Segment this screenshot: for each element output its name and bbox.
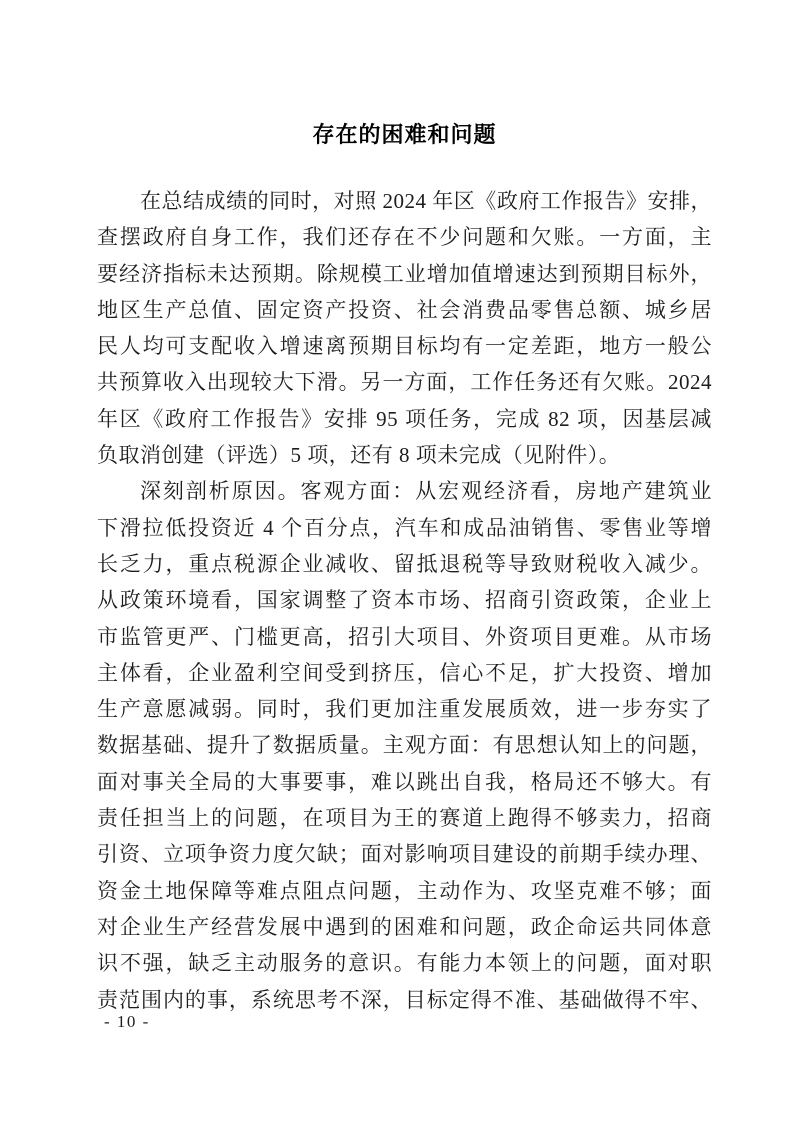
- body-line: 对企业生产经营发展中遇到的困难和问题，政企命运共同体意: [97, 909, 712, 945]
- body-line: 民人均可支配收入增速离预期目标均有一定差距，地方一般公: [97, 328, 712, 364]
- body-line: 引资、立项争资力度欠缺；面对影响项目建设的前期手续办理、: [97, 836, 712, 872]
- body-line: 面对事关全局的大事要事，难以跳出自我，格局还不够大。有: [97, 764, 712, 800]
- body-line: 主体看，企业盈利空间受到挤压，信心不足，扩大投资、增加: [97, 655, 712, 691]
- body-line: 长乏力，重点税源企业减收、留抵退税等导致财税收入减少。: [97, 546, 712, 582]
- body-line: 要经济指标未达预期。除规模工业增加值增速达到预期目标外，: [97, 256, 712, 292]
- body-line: 负取消创建（评选）5 项，还有 8 项未完成（见附件）。: [97, 437, 712, 473]
- body-line: 下滑拉低投资近 4 个百分点，汽车和成品油销售、零售业等增: [97, 510, 712, 546]
- body-line: 从政策环境看，国家调整了资本市场、招商引资政策，企业上: [97, 582, 712, 618]
- document-content: 存在的困难和问题 在总结成绩的同时，对照 2024 年区《政府工作报告》安排， …: [97, 120, 712, 1018]
- body-line: 在总结成绩的同时，对照 2024 年区《政府工作报告》安排，: [97, 183, 712, 219]
- document-title: 存在的困难和问题: [97, 120, 712, 150]
- body-line: 生产意愿减弱。同时，我们更加注重发展质效，进一步夯实了: [97, 691, 712, 727]
- body-line: 深刻剖析原因。客观方面：从宏观经济看，房地产建筑业: [97, 473, 712, 509]
- body-line: 识不强，缺乏主动服务的意识。有能力本领上的问题，面对职: [97, 945, 712, 981]
- body-line: 责范围内的事，系统思考不深，目标定得不准、基础做得不牢、: [97, 982, 712, 1018]
- body-line: 数据基础、提升了数据质量。主观方面：有思想认知上的问题，: [97, 727, 712, 763]
- body-line: 市监管更严、门槛更高，招引大项目、外资项目更难。从市场: [97, 619, 712, 655]
- page-number: - 10 -: [104, 1012, 150, 1032]
- body-line: 查摆政府自身工作，我们还存在不少问题和欠账。一方面，主: [97, 219, 712, 255]
- body-line: 地区生产总值、固定资产投资、社会消费品零售总额、城乡居: [97, 292, 712, 328]
- body-line: 年区《政府工作报告》安排 95 项任务，完成 82 项，因基层减: [97, 401, 712, 437]
- body-line: 资金土地保障等难点阻点问题，主动作为、攻坚克难不够；面: [97, 873, 712, 909]
- paragraph-1: 在总结成绩的同时，对照 2024 年区《政府工作报告》安排， 查摆政府自身工作，…: [97, 183, 712, 473]
- body-line: 责任担当上的问题，在项目为王的赛道上跑得不够卖力，招商: [97, 800, 712, 836]
- paragraph-2: 深刻剖析原因。客观方面：从宏观经济看，房地产建筑业 下滑拉低投资近 4 个百分点…: [97, 473, 712, 1017]
- body-line: 共预算收入出现较大下滑。另一方面，工作任务还有欠账。2024: [97, 364, 712, 400]
- document-page: 存在的困难和问题 在总结成绩的同时，对照 2024 年区《政府工作报告》安排， …: [0, 0, 793, 1122]
